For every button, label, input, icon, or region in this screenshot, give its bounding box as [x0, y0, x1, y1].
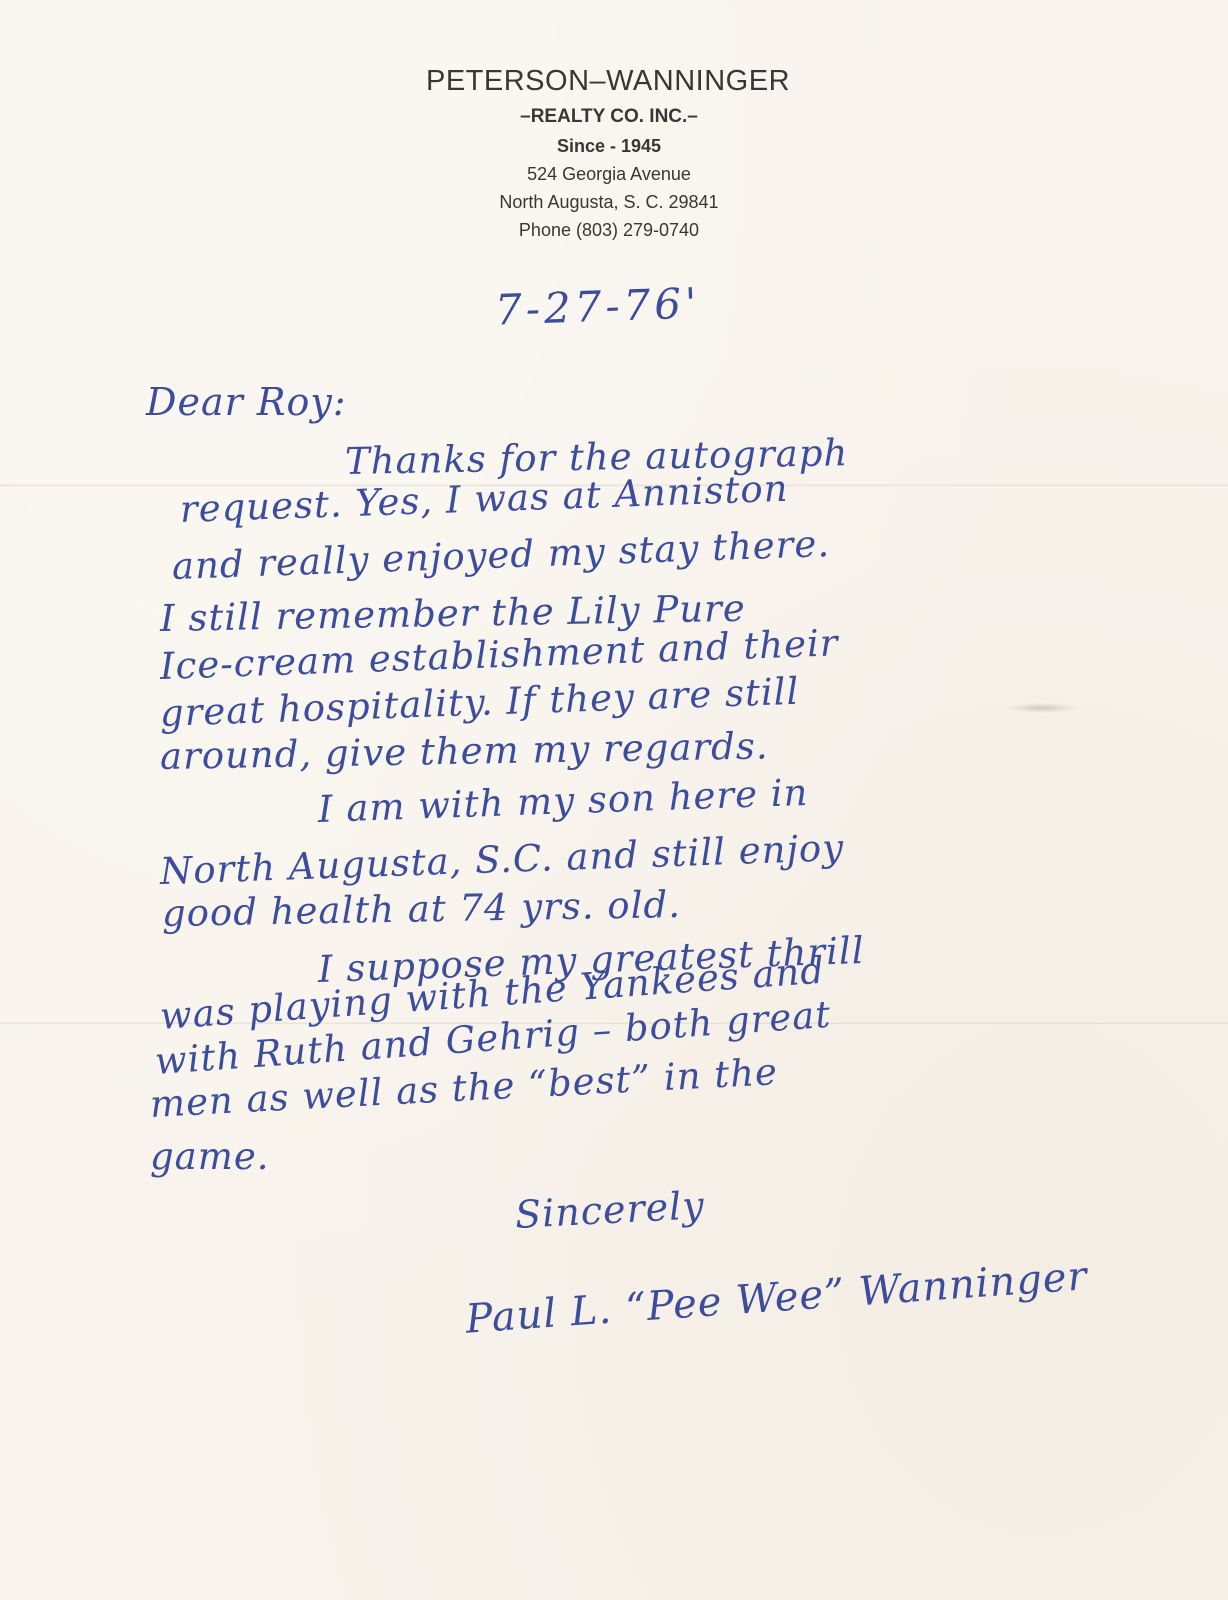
letter-greeting: Dear Roy:	[146, 380, 347, 424]
body-line: request. Yes, I was at Anniston	[179, 467, 789, 531]
body-line: good health at 74 yrs. old.	[162, 883, 682, 935]
body-line: around, give them my regards.	[160, 724, 769, 778]
letter-paper: PETERSON–WANNINGER –REALTY CO. INC.– Sin…	[0, 0, 1228, 1600]
body-line: game.	[150, 1135, 270, 1178]
letterhead: PETERSON–WANNINGER –REALTY CO. INC.– Sin…	[0, 62, 1228, 244]
body-line: North Augusta, S.C. and still enjoy	[159, 826, 845, 893]
signature: Paul L. “Pee Wee” Wanninger	[464, 1253, 1089, 1342]
address-city: North Augusta, S. C. 29841	[0, 188, 1228, 216]
letter-closing: Sincerely	[514, 1183, 706, 1237]
body-line: I am with my son here in	[317, 771, 809, 831]
letter-date: 7-27-76'	[494, 278, 701, 334]
paper-smudge	[1005, 703, 1080, 713]
founded-year: Since - 1945	[0, 132, 1228, 160]
address-street: 524 Georgia Avenue	[0, 160, 1228, 188]
company-suffix: –REALTY CO. INC.–	[0, 102, 1228, 132]
company-name: PETERSON–WANNINGER	[0, 62, 1228, 100]
body-line: and really enjoyed my stay there.	[171, 522, 830, 588]
phone-number: Phone (803) 279-0740	[0, 216, 1228, 244]
